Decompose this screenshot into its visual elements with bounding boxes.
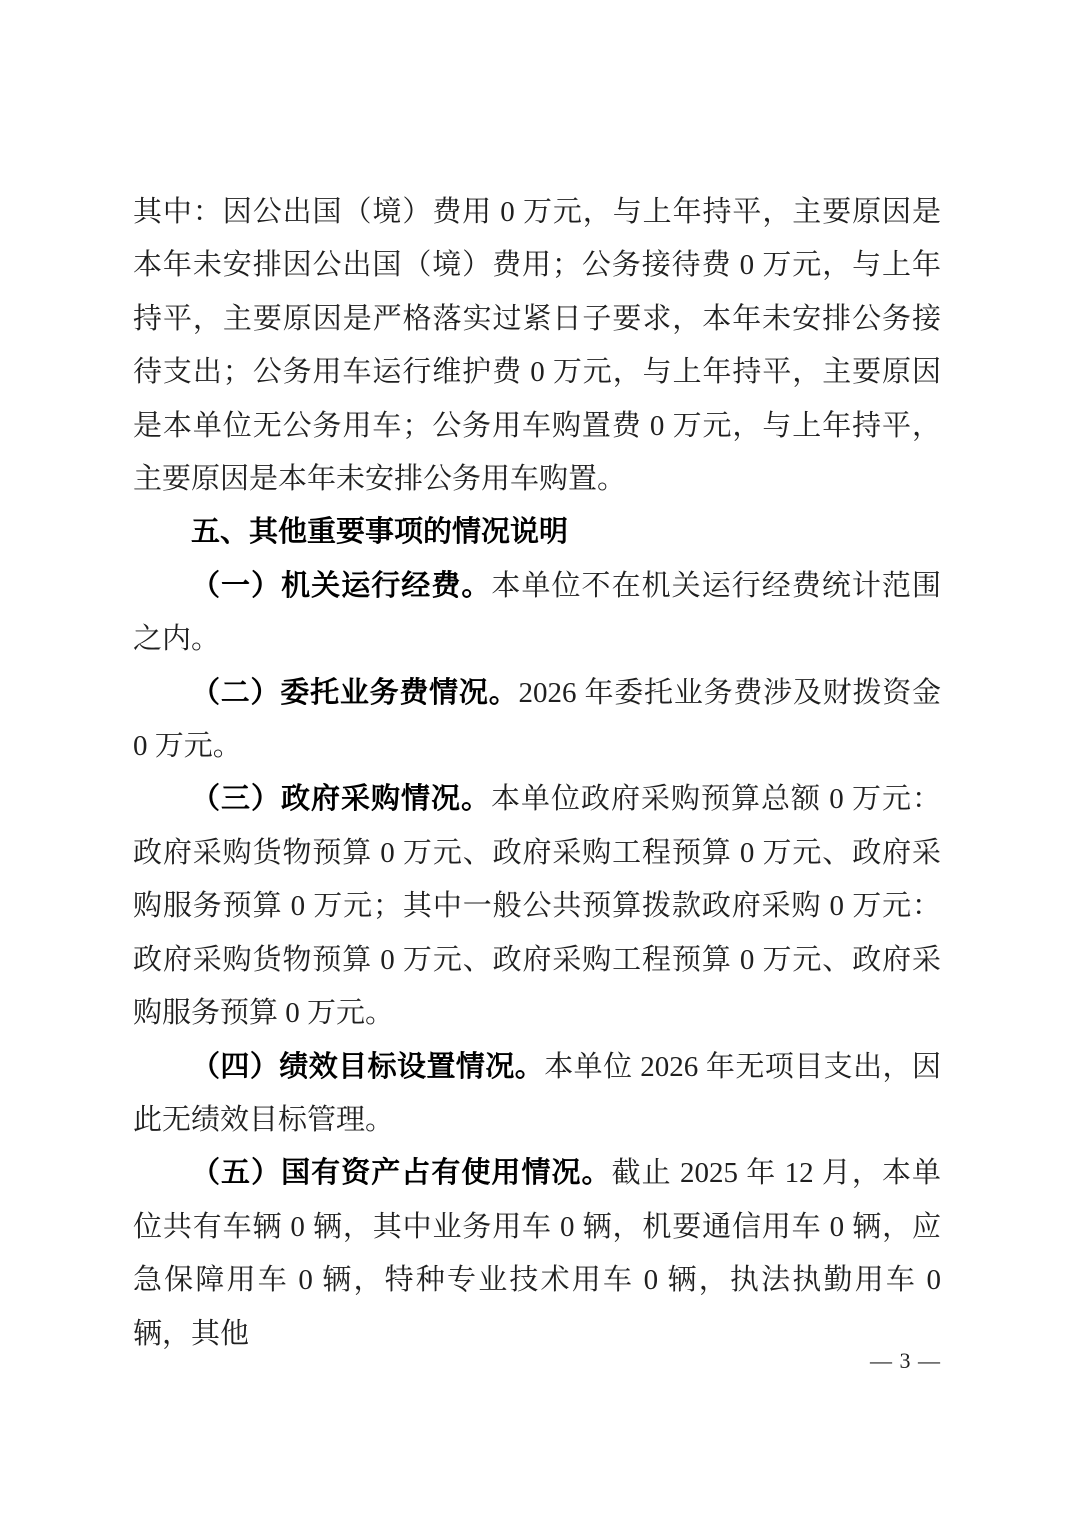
section-heading: 五、其他重要事项的情况说明 <box>133 506 941 559</box>
bold-text-run: 五、其他重要事项的情况说明 <box>191 516 568 548</box>
paragraph: （二）委托业务费情况。2026 年委托业务费涉及财拨资金 0 万元。 <box>133 667 941 774</box>
bold-text-run: （二）委托业务费情况。 <box>191 677 518 709</box>
paragraph: 其中：因公出国（境）费用 0 万元，与上年持平，主要原因是本年未安排因公出国（境… <box>133 186 941 506</box>
paragraph: （四）绩效目标设置情况。本单位 2026 年无项目支出，因此无绩效目标管理。 <box>133 1041 941 1148</box>
paragraph: （五）国有资产占有使用情况。截止 2025 年 12 月，本单位共有车辆 0 辆… <box>133 1147 941 1361</box>
document-body: 其中：因公出国（境）费用 0 万元，与上年持平，主要原因是本年未安排因公出国（境… <box>133 186 941 1361</box>
bold-text-run: （一）机关运行经费。 <box>191 570 491 602</box>
bold-text-run: （四）绩效目标设置情况。 <box>191 1051 544 1083</box>
bold-text-run: （五）国有资产占有使用情况。 <box>191 1157 612 1189</box>
paragraph: （一）机关运行经费。本单位不在机关运行经费统计范围之内。 <box>133 560 941 667</box>
page-number: — 3 — <box>133 1346 941 1376</box>
text-run: 其中：因公出国（境）费用 0 万元，与上年持平，主要原因是本年未安排因公出国（境… <box>133 196 941 495</box>
paragraph: （三）政府采购情况。本单位政府采购预算总额 0 万元：政府采购货物预算 0 万元… <box>133 773 941 1040</box>
text-run: 本单位政府采购预算总额 0 万元：政府采购货物预算 0 万元、政府采购工程预算 … <box>133 783 941 1029</box>
bold-text-run: （三）政府采购情况。 <box>191 783 491 815</box>
document-page: 其中：因公出国（境）费用 0 万元，与上年持平，主要原因是本年未安排因公出国（境… <box>0 0 1074 1520</box>
